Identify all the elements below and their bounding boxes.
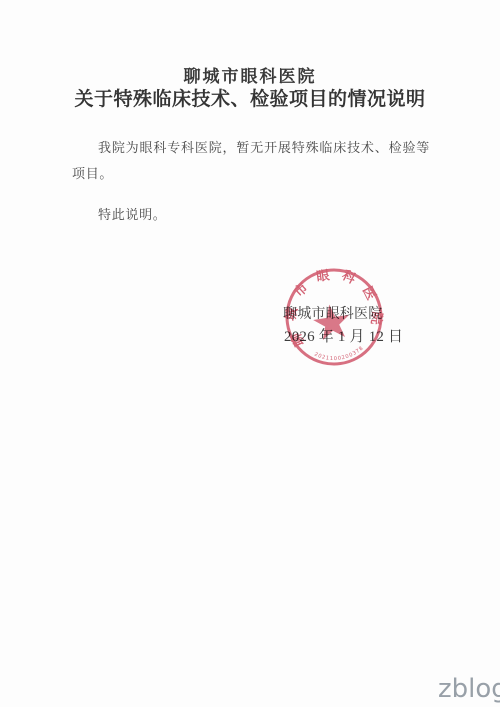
zblog-watermark: zblog [438, 674, 500, 704]
scanned-document-page: 聊城市眼科医院 关于特殊临床技术、检验项目的情况说明 我院为眼科专科医院，暂无开… [0, 0, 500, 707]
closing-paragraph: 特此说明。 [72, 202, 430, 228]
seal-ring-text-holder: 聊城市眼科医院 [278, 261, 389, 350]
official-seal: 聊城市眼科医院 2021100200378 [278, 261, 391, 374]
body-paragraph: 我院为眼科专科医院，暂无开展特殊临床技术、检验等项目。 [72, 135, 430, 187]
document-title-subject: 关于特殊临床技术、检验项目的情况说明 [0, 84, 500, 111]
seal-ring-text: 聊城市眼科医院 [278, 261, 389, 350]
red-star-icon [311, 302, 352, 341]
